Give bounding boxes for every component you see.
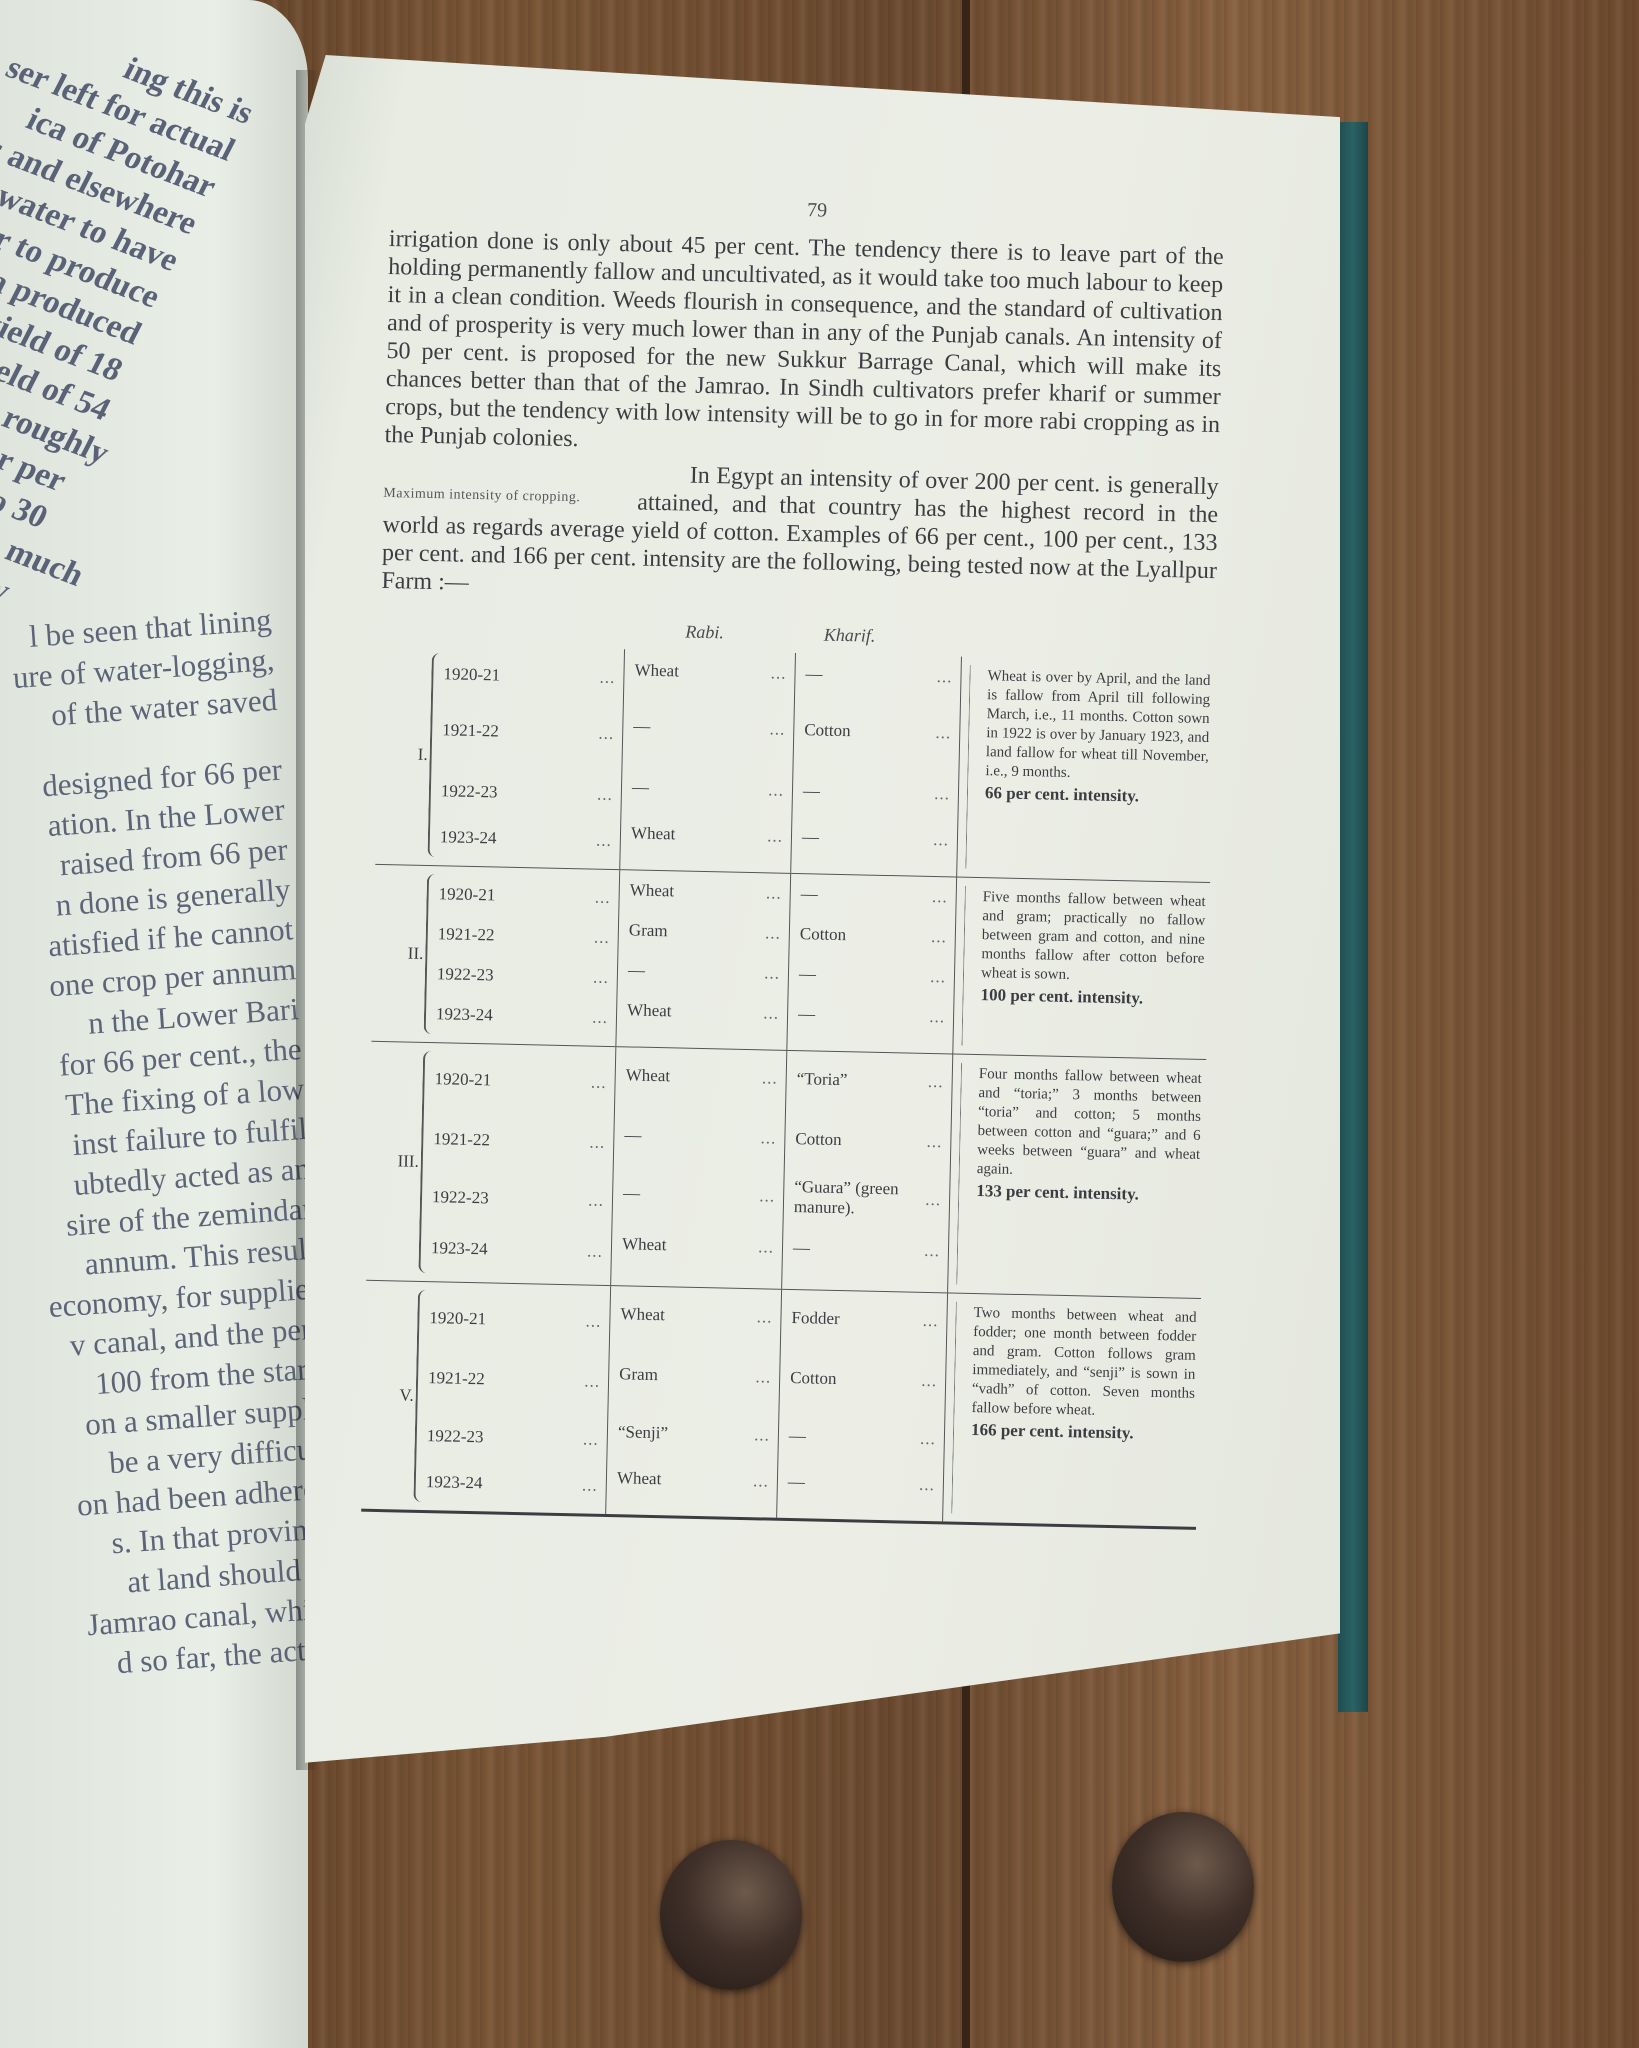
table-cell-year: 1922-23... bbox=[430, 765, 621, 821]
cell-value: 1922-23 bbox=[427, 1426, 484, 1447]
cell-value: Wheat bbox=[620, 1304, 665, 1325]
intensity-label: 166 per cent. intensity. bbox=[971, 1420, 1194, 1444]
cell-value: — bbox=[632, 777, 649, 797]
cell-value: 1923-24 bbox=[440, 827, 497, 848]
note-text: Five months fallow between wheat and gra… bbox=[981, 889, 1206, 983]
leader-dots: ... bbox=[765, 923, 781, 943]
cell-value: Cotton bbox=[795, 1129, 842, 1150]
table-cell-kharif: Fodder... bbox=[781, 1290, 947, 1350]
brace-icon bbox=[961, 886, 965, 1046]
intensity-label: 100 per cent. intensity. bbox=[980, 985, 1203, 1009]
table-cell-rabi: Gram... bbox=[618, 910, 789, 954]
table-cell-rabi: Wheat... bbox=[621, 813, 792, 857]
cell-value: 1920-21 bbox=[438, 884, 495, 905]
table-cell-year: 1920-21... bbox=[433, 653, 624, 699]
leader-dots: ... bbox=[764, 963, 780, 983]
wood-knob-right bbox=[1112, 1812, 1254, 1962]
cell-value: — bbox=[624, 1125, 641, 1145]
leader-dots: ... bbox=[924, 1241, 940, 1261]
table-cell-year: 1923-24... bbox=[420, 1223, 611, 1277]
table-cell-kharif: —... bbox=[790, 874, 956, 918]
table-cell-rabi: Wheat... bbox=[607, 1458, 778, 1502]
leader-dots: ... bbox=[591, 1073, 607, 1093]
cell-value: Gram bbox=[629, 920, 668, 941]
leader-dots: ... bbox=[593, 968, 609, 988]
leader-dots: ... bbox=[922, 1311, 938, 1331]
cell-value: 1921-22 bbox=[428, 1368, 485, 1389]
table-cell-rabi: Wheat... bbox=[610, 1286, 781, 1346]
rabi-column: Wheat...Gram...—...Wheat... bbox=[615, 870, 790, 1050]
table-cell-kharif: —... bbox=[788, 994, 954, 1038]
table-cell-rabi: Wheat... bbox=[615, 1047, 786, 1107]
paragraph-1: irrigation done is only about 45 per cen… bbox=[384, 225, 1224, 467]
cell-value: 1923-24 bbox=[436, 1004, 493, 1025]
table-cell-rabi: Wheat... bbox=[624, 649, 795, 695]
leader-dots: ... bbox=[596, 831, 612, 851]
cell-value: 1920-21 bbox=[434, 1069, 491, 1090]
table-cell-year: 1921-22... bbox=[423, 1107, 614, 1175]
note-text: Two months between wheat and fodder; one… bbox=[971, 1305, 1196, 1419]
leader-dots: ... bbox=[582, 1475, 598, 1495]
table-cell-kharif: —... bbox=[778, 1410, 944, 1466]
leader-dots: ... bbox=[768, 780, 784, 800]
cell-value: — bbox=[789, 1426, 806, 1446]
leader-dots: ... bbox=[767, 826, 783, 846]
table-cell-year: 1920-21... bbox=[428, 874, 619, 918]
leader-dots: ... bbox=[759, 1186, 775, 1206]
table-cell-kharif: —... bbox=[782, 1223, 948, 1277]
paragraph-2: In Egypt an intensity of over 200 per ce… bbox=[381, 455, 1219, 613]
table-cell-rabi: Wheat... bbox=[612, 1219, 783, 1273]
table-cell-rabi: Wheat... bbox=[617, 990, 788, 1034]
cell-value: Wheat bbox=[634, 660, 679, 681]
cell-value: 1921-22 bbox=[438, 924, 495, 945]
table-cell-year: 1921-22... bbox=[431, 695, 622, 769]
leader-dots: ... bbox=[760, 1128, 776, 1148]
leader-dots: ... bbox=[937, 667, 953, 687]
cell-value: Cotton bbox=[800, 924, 847, 945]
leader-dots: ... bbox=[762, 1068, 778, 1088]
cell-value: 1920-21 bbox=[443, 664, 500, 685]
table-cell-rabi: Gram... bbox=[609, 1342, 780, 1410]
leader-dots: ... bbox=[920, 1429, 936, 1449]
column-header-kharif: Kharif. bbox=[824, 625, 876, 647]
brace-icon bbox=[956, 1063, 962, 1285]
year-column: 1920-21...1921-22...1922-23...1923-24... bbox=[413, 1290, 610, 1506]
group-label: V. bbox=[361, 1281, 418, 1510]
cell-value: Gram bbox=[619, 1364, 658, 1385]
cell-value: Cotton bbox=[804, 720, 851, 741]
cell-value: 1923-24 bbox=[426, 1472, 483, 1493]
wood-knob-left bbox=[660, 1840, 802, 1990]
group-label: III. bbox=[366, 1042, 423, 1281]
leader-dots: ... bbox=[763, 1003, 779, 1023]
left-page-text-middle: l be seen that liningure of water-loggin… bbox=[1, 600, 308, 1686]
table-cell-year: 1920-21... bbox=[419, 1290, 610, 1350]
rotation-note: Two months between wheat and fodder; one… bbox=[942, 1293, 1201, 1526]
kharif-column: —...Cotton...—...—... bbox=[790, 653, 961, 877]
table-cell-kharif: “Guara” (green manure).... bbox=[784, 1171, 950, 1227]
cell-value: Wheat bbox=[631, 823, 676, 844]
leader-dots: ... bbox=[930, 967, 946, 987]
cell-value: 1923-24 bbox=[431, 1238, 488, 1259]
table-cell-rabi: —... bbox=[613, 1167, 784, 1223]
year-column: 1920-21...1921-22...1922-23...1923-24... bbox=[427, 653, 623, 861]
table-cell-rabi: —... bbox=[618, 950, 789, 994]
leader-dots: ... bbox=[587, 1242, 603, 1262]
cell-value: “Toria” bbox=[796, 1069, 847, 1090]
leader-dots: ... bbox=[921, 1371, 937, 1391]
leader-dots: ... bbox=[769, 719, 785, 739]
table-cell-year: 1922-23... bbox=[421, 1171, 612, 1227]
year-column: 1920-21...1921-22...1922-23...1923-24... bbox=[424, 874, 619, 1038]
table-cell-rabi: —... bbox=[623, 691, 794, 765]
leader-dots: ... bbox=[598, 724, 614, 744]
kharif-column: —...Cotton...—...—... bbox=[786, 874, 956, 1054]
leader-dots: ... bbox=[595, 888, 611, 908]
table-cell-rabi: Wheat... bbox=[619, 870, 790, 914]
brace-icon bbox=[951, 1302, 957, 1514]
table-cell-kharif: “Toria”... bbox=[786, 1051, 952, 1111]
leader-dots: ... bbox=[588, 1191, 604, 1211]
rotation-note: Four months fallow between wheat and “to… bbox=[947, 1054, 1206, 1297]
cell-value: 1922-23 bbox=[441, 781, 498, 802]
table-cell-kharif: Cotton... bbox=[789, 914, 955, 958]
table-cell-year: 1923-24... bbox=[415, 1462, 606, 1506]
cell-value: “Guara” (green manure). bbox=[794, 1177, 926, 1220]
cell-value: — bbox=[628, 960, 645, 980]
leader-dots: ... bbox=[583, 1430, 599, 1450]
rabi-column: Wheat...Gram...“Senji”...Wheat... bbox=[605, 1286, 781, 1518]
leader-dots: ... bbox=[597, 785, 613, 805]
cell-value: Wheat bbox=[622, 1234, 667, 1255]
table-cell-year: 1923-24... bbox=[426, 994, 617, 1038]
table-cell-rabi: —... bbox=[614, 1103, 785, 1171]
table-cell-kharif: —... bbox=[795, 653, 961, 699]
table-cell-kharif: —... bbox=[789, 954, 955, 998]
note-text: Four months fallow between wheat and “to… bbox=[977, 1066, 1202, 1178]
leader-dots: ... bbox=[935, 723, 951, 743]
rotation-note: Five months fallow between wheat and gra… bbox=[952, 878, 1210, 1059]
leader-dots: ... bbox=[753, 1471, 769, 1491]
cell-value: — bbox=[805, 664, 822, 684]
table-cell-kharif: Cotton... bbox=[779, 1346, 945, 1414]
leader-dots: ... bbox=[929, 1007, 945, 1027]
year-column: 1920-21...1921-22...1922-23...1923-24... bbox=[418, 1051, 615, 1277]
cell-value: Wheat bbox=[630, 880, 675, 901]
rotation-group: III.1920-21...1921-22...1922-23...1923-2… bbox=[366, 1041, 1206, 1298]
kharif-column: “Toria”...Cotton...“Guara” (green manure… bbox=[781, 1051, 952, 1293]
rotation-group: II.1920-21...1921-22...1922-23...1923-24… bbox=[371, 864, 1210, 1059]
cell-value: Wheat bbox=[626, 1065, 671, 1086]
rotation-group: I.1920-21...1921-22...1922-23...1923-24.… bbox=[375, 644, 1215, 882]
leader-dots: ... bbox=[934, 784, 950, 804]
cell-value: — bbox=[633, 716, 650, 736]
rotation-group: V.1920-21...1921-22...1922-23...1923-24.… bbox=[361, 1280, 1201, 1527]
leader-dots: ... bbox=[757, 1307, 773, 1327]
leader-dots: ... bbox=[932, 887, 948, 907]
cell-value: — bbox=[623, 1183, 640, 1203]
rabi-column: Wheat...—...—...Wheat... bbox=[610, 1047, 786, 1289]
leader-dots: ... bbox=[592, 1008, 608, 1028]
brace-icon bbox=[965, 665, 970, 869]
leader-dots: ... bbox=[925, 1190, 941, 1210]
rotation-note: Wheat is over by April, and the land is … bbox=[956, 657, 1215, 882]
right-page-content: 79 irrigation done is only about 45 per … bbox=[361, 190, 1225, 1530]
group-label: I. bbox=[375, 644, 432, 865]
table-cell-rabi: “Senji”... bbox=[607, 1406, 778, 1462]
cell-value: — bbox=[793, 1238, 810, 1258]
table-cell-kharif: —... bbox=[792, 765, 958, 821]
leader-dots: ... bbox=[584, 1372, 600, 1392]
kharif-column: Fodder...Cotton...—...—... bbox=[776, 1290, 947, 1522]
cell-value: — bbox=[803, 781, 820, 801]
book-cover-edge bbox=[1338, 122, 1368, 1712]
cell-value: — bbox=[788, 1472, 805, 1492]
leader-dots: ... bbox=[755, 1367, 771, 1387]
leader-dots: ... bbox=[771, 663, 787, 683]
column-header-rabi: Rabi. bbox=[685, 622, 724, 644]
table-cell-year: 1920-21... bbox=[424, 1051, 615, 1111]
cell-value: 1921-22 bbox=[433, 1129, 490, 1150]
table-cell-year: 1922-23... bbox=[426, 954, 617, 998]
cell-value: — bbox=[802, 827, 819, 847]
table-cell-kharif: —... bbox=[792, 817, 958, 861]
group-label: II. bbox=[371, 865, 427, 1042]
table-cell-kharif: Cotton... bbox=[794, 695, 960, 769]
cell-value: — bbox=[801, 884, 818, 904]
cell-value: — bbox=[799, 964, 816, 984]
left-page: ing this isser left for actualica of Pot… bbox=[0, 0, 308, 2048]
leader-dots: ... bbox=[928, 1072, 944, 1092]
intensity-label: 66 per cent. intensity. bbox=[985, 783, 1208, 807]
cell-value: Fodder bbox=[791, 1308, 840, 1329]
intensity-label: 133 per cent. intensity. bbox=[976, 1181, 1199, 1205]
table-cell-kharif: —... bbox=[777, 1462, 943, 1506]
leader-dots: ... bbox=[585, 1312, 601, 1332]
leader-dots: ... bbox=[926, 1132, 942, 1152]
table-cell-year: 1923-24... bbox=[429, 817, 620, 861]
leader-dots: ... bbox=[594, 928, 610, 948]
leader-dots: ... bbox=[919, 1475, 935, 1495]
rabi-column: Wheat...—...—...Wheat... bbox=[619, 649, 795, 873]
leader-dots: ... bbox=[931, 927, 947, 947]
cell-value: “Senji” bbox=[618, 1422, 668, 1443]
leader-dots: ... bbox=[766, 883, 782, 903]
leader-dots: ... bbox=[933, 830, 949, 850]
note-text: Wheat is over by April, and the land is … bbox=[985, 668, 1210, 781]
table-cell-year: 1921-22... bbox=[417, 1346, 608, 1414]
cell-value: 1921-22 bbox=[442, 720, 499, 741]
leader-dots: ... bbox=[589, 1133, 605, 1153]
cell-value: Wheat bbox=[617, 1468, 662, 1489]
cell-value: Cotton bbox=[790, 1368, 837, 1389]
cell-value: 1922-23 bbox=[432, 1187, 489, 1208]
leader-dots: ... bbox=[754, 1425, 770, 1445]
table-cell-rabi: —... bbox=[621, 761, 792, 817]
table-cell-kharif: Cotton... bbox=[785, 1107, 951, 1175]
leader-dots: ... bbox=[758, 1237, 774, 1257]
table-cell-year: 1922-23... bbox=[416, 1410, 607, 1466]
crop-rotation-table: I.1920-21...1921-22...1922-23...1923-24.… bbox=[361, 644, 1215, 1530]
cell-value: — bbox=[798, 1004, 815, 1024]
leader-dots: ... bbox=[599, 668, 615, 688]
table-cell-year: 1921-22... bbox=[427, 914, 618, 958]
cell-value: 1922-23 bbox=[437, 964, 494, 985]
cell-value: Wheat bbox=[627, 1000, 672, 1021]
cell-value: 1920-21 bbox=[429, 1308, 486, 1329]
